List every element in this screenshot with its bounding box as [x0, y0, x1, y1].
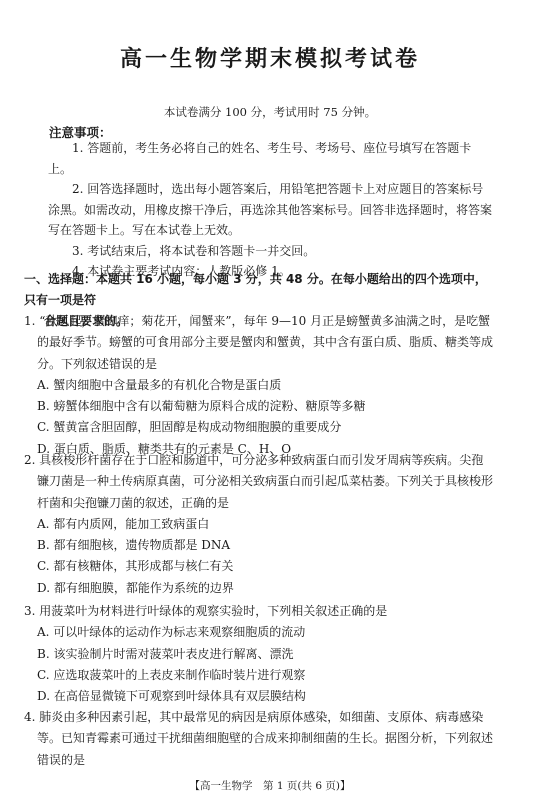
question-4: 4. 肺炎由多种因素引起，其中最常见的病因是病原体感染，如细菌、支原体、病毒感染… [24, 707, 494, 771]
option-d: D. 在高倍显微镜下可观察到叶绿体具有双层膜结构 [24, 686, 494, 707]
option-a: A. 都有内质网，能加工致病蛋白 [24, 514, 494, 535]
question-3: 3. 用菠菜叶为材料进行叶绿体的观察实验时，下列相关叙述正确的是 A. 可以叶绿… [24, 601, 494, 707]
question-stem: 1. “秋风起，蟹脚痒；菊花开，闻蟹来”，每年 9—10 月正是螃蟹黄多油满之时… [24, 311, 494, 375]
question-2: 2. 具核梭形杆菌存在于口腔和肠道中，可分泌多种致病蛋白而引发牙周病等疾病。尖孢… [24, 450, 494, 599]
question-stem: 2. 具核梭形杆菌存在于口腔和肠道中，可分泌多种致病蛋白而引发牙周病等疾病。尖孢… [24, 450, 494, 514]
notice-item: 3. 考试结束后，将本试卷和答题卡一并交回。 [48, 241, 493, 262]
option-b: B. 该实验制片时需对菠菜叶表皮进行解离、漂洗 [24, 644, 494, 665]
option-a: A. 可以叶绿体的运动作为标志来观察细胞质的流动 [24, 622, 494, 643]
option-c: C. 应选取菠菜叶的上表皮来制作临时装片进行观察 [24, 665, 494, 686]
question-stem: 3. 用菠菜叶为材料进行叶绿体的观察实验时，下列相关叙述正确的是 [24, 601, 494, 622]
option-b: B. 都有细胞核，遗传物质都是 DNA [24, 535, 494, 556]
option-c: C. 蟹黄富含胆固醇，胆固醇是构成动物细胞膜的重要成分 [24, 417, 494, 438]
option-a: A. 蟹肉细胞中含量最多的有机化合物是蛋白质 [24, 375, 494, 396]
exam-info: 本试卷满分 100 分，考试用时 75 分钟。 [0, 104, 540, 120]
notice-item: 2. 回答选择题时，选出每小题答案后，用铅笔把答题卡上对应题目的答案标号涂黑。如… [48, 179, 493, 241]
question-1: 1. “秋风起，蟹脚痒；菊花开，闻蟹来”，每年 9—10 月正是螃蟹黄多油满之时… [24, 311, 494, 460]
section-heading-line: 一、选择题：本题共 16 小题，每小题 3 分，共 48 分。在每小题给出的四个… [24, 269, 494, 311]
option-b: B. 螃蟹体细胞中含有以葡萄糖为原料合成的淀粉、糖原等多糖 [24, 396, 494, 417]
page-footer: 【高一生物学 第 1 页(共 6 页)】 [0, 778, 540, 793]
notice-list: 1. 答题前，考生务必将自己的姓名、考生号、考场号、座位号填写在答题卡上。 2.… [48, 138, 493, 282]
option-c: C. 都有核糖体，其形成都与核仁有关 [24, 556, 494, 577]
page-title: 高一生物学期末模拟考试卷 [0, 42, 540, 73]
notice-item: 1. 答题前，考生务必将自己的姓名、考生号、考场号、座位号填写在答题卡上。 [48, 138, 493, 179]
option-d: D. 都有细胞膜，都能作为系统的边界 [24, 578, 494, 599]
question-stem: 4. 肺炎由多种因素引起，其中最常见的病因是病原体感染，如细菌、支原体、病毒感染… [24, 707, 494, 771]
